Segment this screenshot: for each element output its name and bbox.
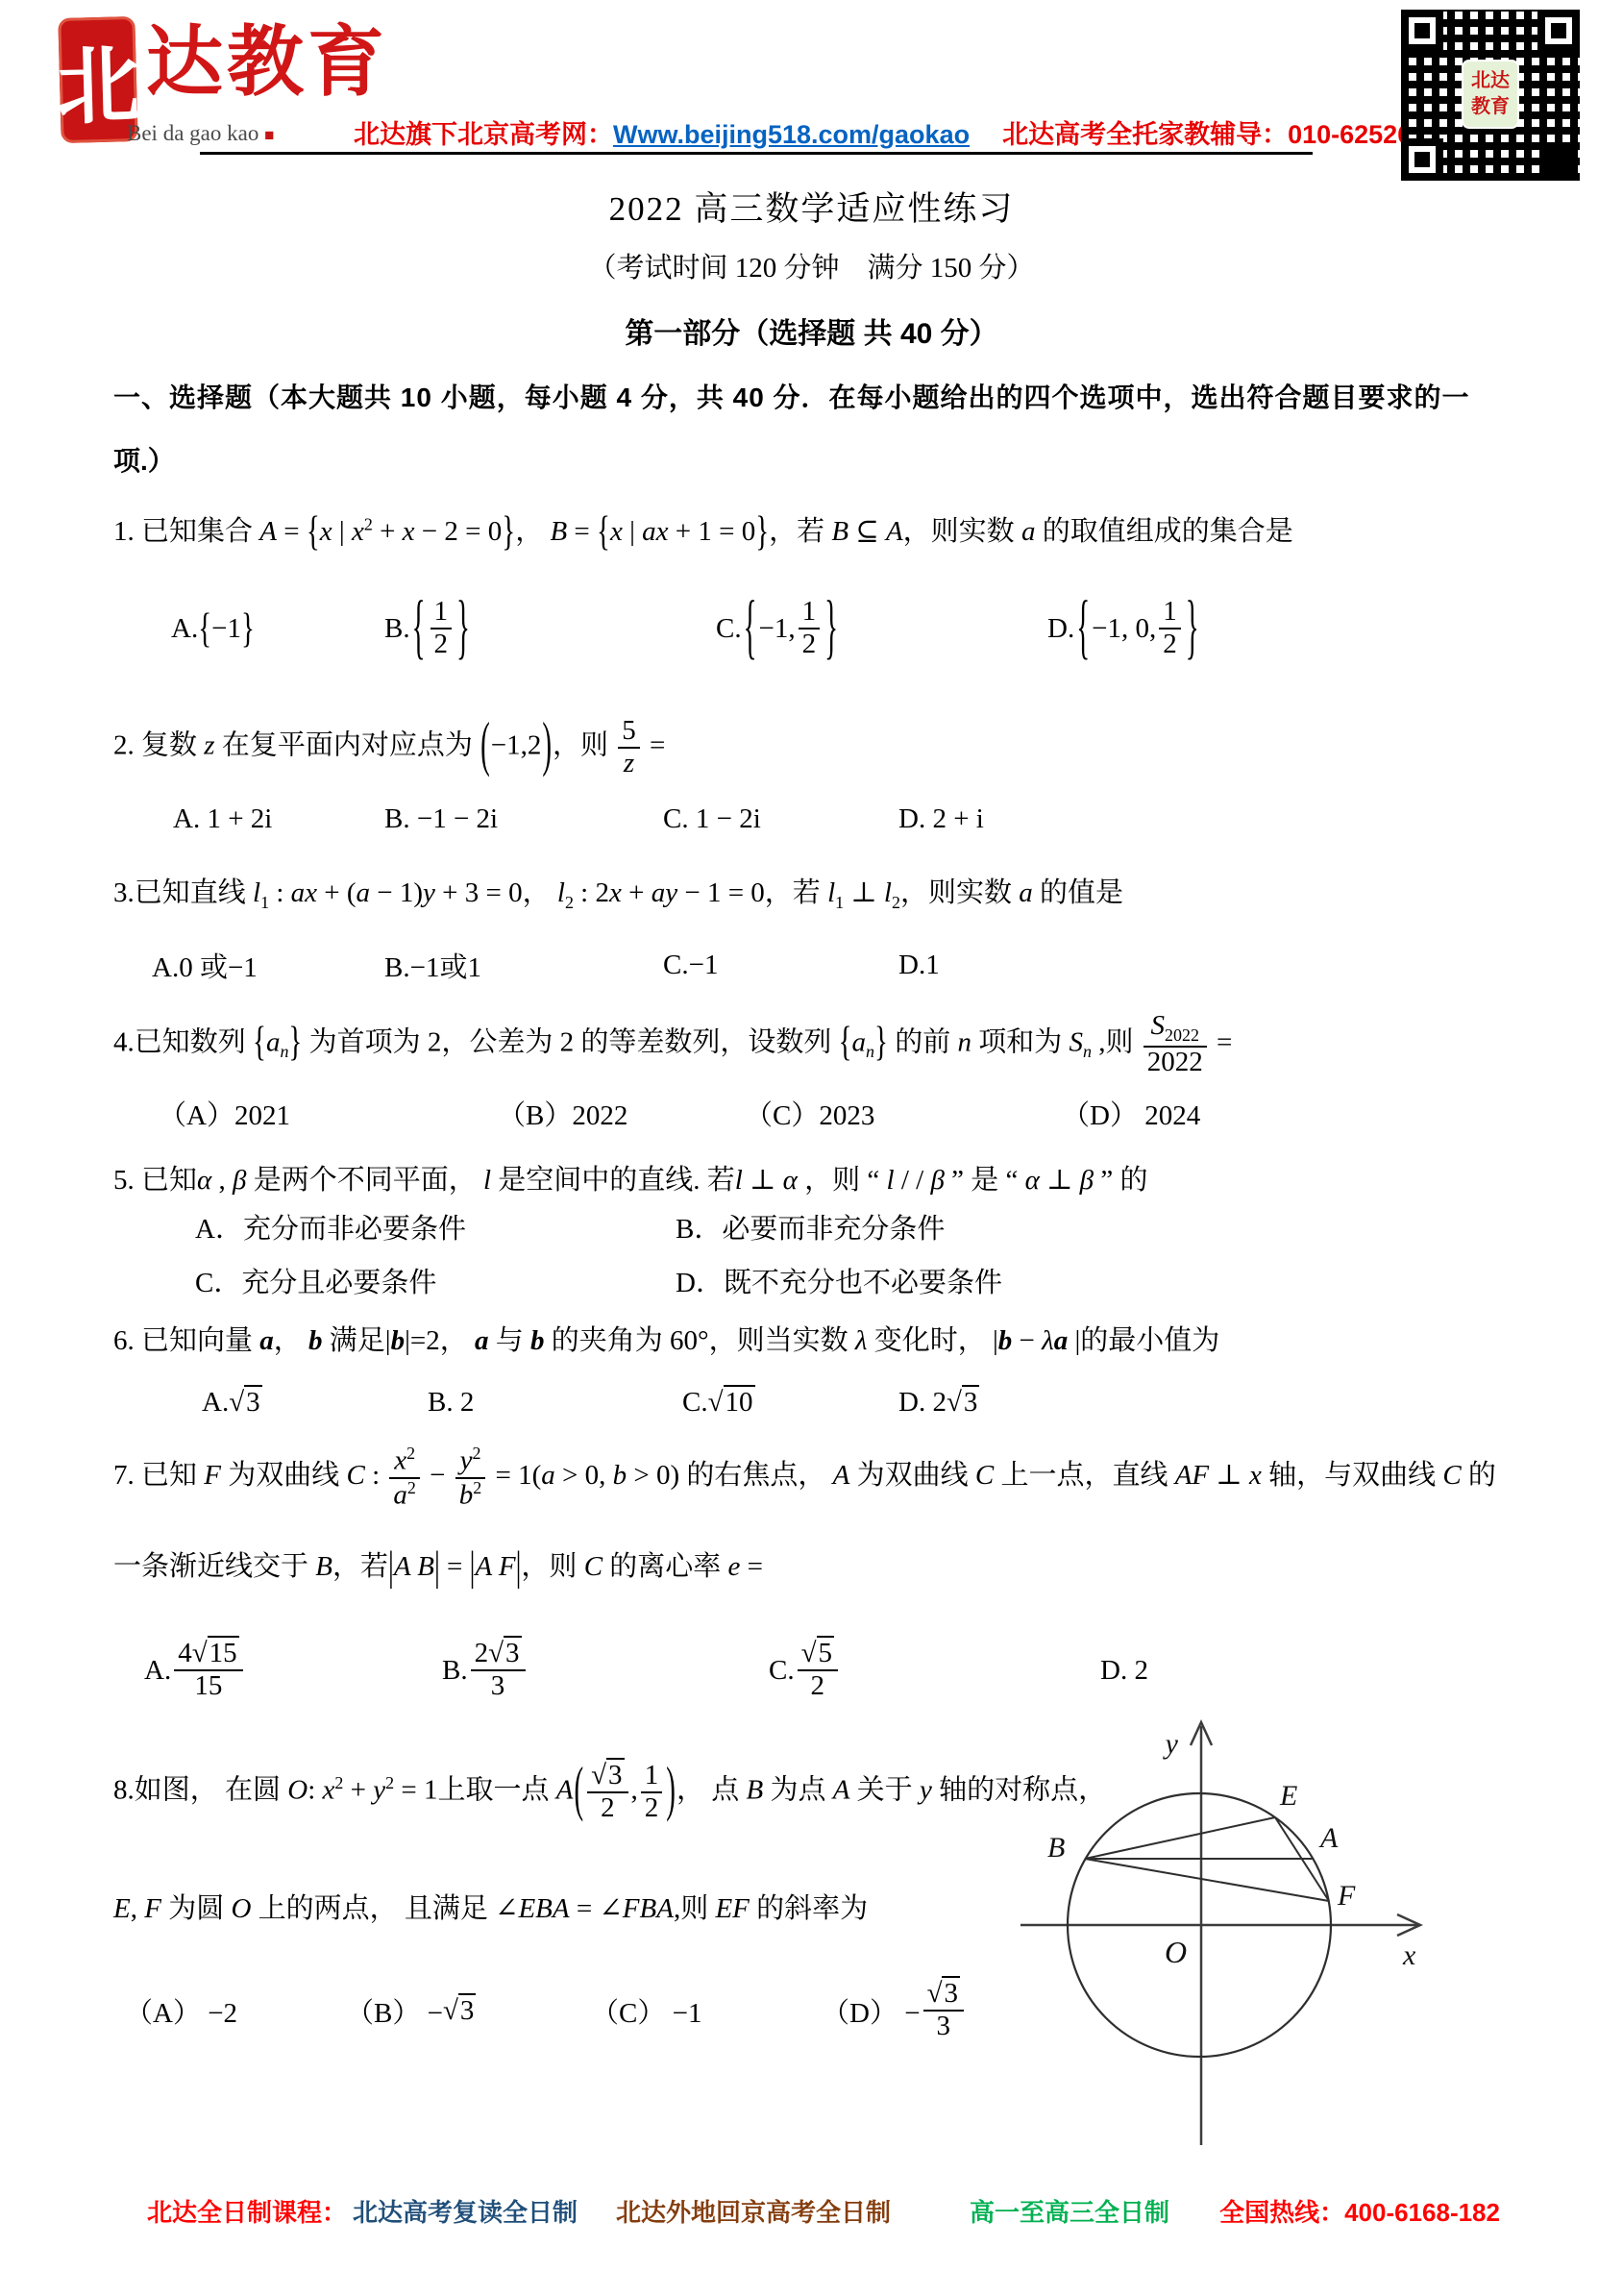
question-5-stem: 5. 已知α , β 是两个不同平面， l 是空间中的直线. 若l ⊥ α ，则… [113, 1158, 1147, 1197]
q6-option-c: C. √10 [682, 1380, 755, 1424]
question-6-options: A. √3 B. 2 C. √10 D. 2√3 [113, 1380, 1555, 1424]
q7-option-a: A. 4√1515 [144, 1618, 246, 1722]
question-5-options-row1: A．充分而非必要条件 B．必要而非充分条件 [113, 1207, 1555, 1246]
qr-finder-bottomleft [1401, 138, 1443, 181]
q5-option-a: A．充分而非必要条件 [195, 1207, 466, 1246]
logo-brand-text: 达教育 [146, 0, 388, 111]
part-heading: 第一部分（选择题 共 40 分） [0, 309, 1623, 352]
question-1-options: A. {−1} B. {12} C. {−1,12} D. {−1, 0,12} [113, 575, 1555, 682]
q3-option-b: B.−1或1 [384, 944, 481, 986]
question-4-options: （A）2021 （B）2022 （C）2023 （D） 2024 [113, 1092, 1555, 1134]
qr-finder-topleft [1401, 10, 1443, 52]
q2-option-a: A. 1 + 2i [173, 798, 272, 840]
question-8-stem-line1: 8.如图， 在圆 O: x2 + y2 = 1上取一点 A(√32,12)， 点… [113, 1761, 1106, 1824]
q5-option-c: C．充分且必要条件 [195, 1261, 436, 1299]
q1-option-c: C. {−1,12} [716, 575, 840, 682]
instructions-line1: 一、选择题（本大题共 10 小题，每小题 4 分，共 40 分．在每小题给出的四… [113, 377, 1516, 415]
q3-option-d: D.1 [898, 944, 940, 986]
q4-option-a: （A）2021 [159, 1092, 290, 1134]
question-8-stem-line2: E, F 为圆 O 上的两点， 且满足 ∠EBA = ∠FBA,则 EF 的斜率… [113, 1887, 868, 1926]
q5-option-b: B．必要而非充分条件 [676, 1207, 945, 1246]
header-contact-line: 北达旗下北京高考网：Www.beijing518.com/gaokao北达高考全… [354, 113, 1455, 151]
footer-course-returning: 北达外地回京高考全日制 [616, 2198, 891, 2227]
footer-course-fulltime-repeat: 北达高考复读全日制 [353, 2198, 578, 2227]
q4-option-b: （B）2022 [498, 1092, 627, 1134]
question-2-stem: 2. 复数 z 在复平面内对应点为 (−1,2)，则 5z = [113, 716, 665, 779]
footer-courses-label: 北达全日制课程： [147, 2198, 347, 2227]
header-divider [200, 152, 1313, 155]
q6-option-a: A. √3 [202, 1380, 262, 1424]
q5-option-d: D．既不充分也不必要条件 [676, 1261, 1002, 1299]
question-7-options: A. 4√1515 B. 2√33 C. √52 D. 2 [113, 1618, 1555, 1722]
q2-option-c: C. 1 − 2i [663, 798, 761, 840]
label-B: B [1047, 1832, 1065, 1864]
tutor-label: 北达高考全托家教辅导： [1002, 120, 1288, 149]
footer-hotline: 全国热线：400-6168-182 [1219, 2198, 1500, 2227]
label-x: x [1402, 1939, 1416, 1971]
q7-option-b: B. 2√33 [442, 1618, 529, 1722]
q3-option-a: A.0 或−1 [152, 944, 258, 986]
qr-module-block [1545, 146, 1574, 175]
footer-courses-line: 北达全日制课程：北达高考复读全日制北达外地回京高考全日制高一至高三全日制全国热线… [147, 2193, 1500, 2229]
q8-option-b: （B） −√3 [346, 1963, 476, 2059]
label-E: E [1279, 1780, 1297, 1812]
q7-option-d: D. 2 [1100, 1618, 1148, 1722]
footer-course-grades: 高一至高三全日制 [970, 2198, 1169, 2227]
question-7-stem-line2: 一条渐近线交于 B，若|A B| = |A F|，则 C 的离心率 e = [113, 1544, 763, 1584]
q8-option-a: （A） −2 [125, 1963, 237, 2059]
question-5-options-row2: C．充分且必要条件 D．既不充分也不必要条件 [113, 1261, 1555, 1299]
instructions-line2: 项.） [113, 440, 175, 479]
q7-option-c: C. √52 [769, 1618, 841, 1722]
label-y: y [1163, 1728, 1179, 1760]
qr-center-label: 北达 教育 [1462, 60, 1519, 129]
chord-BE [1085, 1817, 1275, 1859]
label-A: A [1318, 1822, 1339, 1854]
question-3-stem: 3.已知直线 l1 : ax + (a − 1)y + 3 = 0， l2 : … [113, 871, 1123, 913]
label-O: O [1165, 1935, 1187, 1969]
q4-option-d: （D） 2024 [1062, 1092, 1200, 1134]
red-square-icon: ■ [264, 126, 274, 144]
qr-finder-topright [1537, 10, 1580, 52]
q6-option-b: B. 2 [428, 1380, 474, 1424]
q2-option-d: D. 2 + i [898, 798, 984, 840]
q8-option-c: （C） −1 [591, 1963, 701, 2059]
q4-option-c: （C）2023 [745, 1092, 874, 1134]
q1-option-a: A. {−1} [171, 575, 255, 682]
chord-BF [1085, 1859, 1329, 1901]
q3-option-c: C.−1 [663, 944, 718, 986]
question-1-stem: 1. 已知集合 A = {x | x2 + x − 2 = 0}， B = {x… [113, 509, 1293, 549]
q1-option-d: D. {−1, 0,12} [1047, 575, 1201, 682]
exam-page: 北 达教育 Bei da gao kao ■ 北达旗下北京高考网：Www.bei… [0, 0, 1623, 2296]
question-6-stem: 6. 已知向量 a， b 满足|b|=2， a 与 b 的夹角为 60°，则当实… [113, 1319, 1219, 1358]
q8-option-d: （D） −√33 [822, 1963, 967, 2059]
question-2-options: A. 1 + 2i B. −1 − 2i C. 1 − 2i D. 2 + i [113, 798, 1555, 840]
q6-option-d: D. 2√3 [898, 1380, 979, 1424]
logo-latin-text: Bei da gao kao ■ [127, 121, 274, 146]
qr-code: 北达 教育 [1401, 10, 1580, 181]
site-link[interactable]: Www.beijing518.com/gaokao [613, 120, 970, 149]
page-title: 2022 高三数学适应性练习 [0, 183, 1623, 231]
q1-option-b: B. {12} [384, 575, 472, 682]
label-F: F [1337, 1880, 1356, 1912]
question-7-stem-line1: 7. 已知 F 为双曲线 C : x2a2 − y2b2 = 1(a > 0, … [113, 1444, 1496, 1511]
question-4-stem: 4.已知数列 {an} 为首项为 2，公差为 2 的等差数列，设数列 {an} … [113, 1011, 1232, 1077]
q8-circle-diagram: y x O B E A F [999, 1711, 1441, 2153]
exam-duration-subtitle: （考试时间 120 分钟 满分 150 分） [0, 246, 1623, 285]
question-3-options: A.0 或−1 B.−1或1 C.−1 D.1 [113, 944, 1555, 986]
q2-option-b: B. −1 − 2i [384, 798, 498, 840]
site-label: 北达旗下北京高考网： [354, 120, 613, 149]
